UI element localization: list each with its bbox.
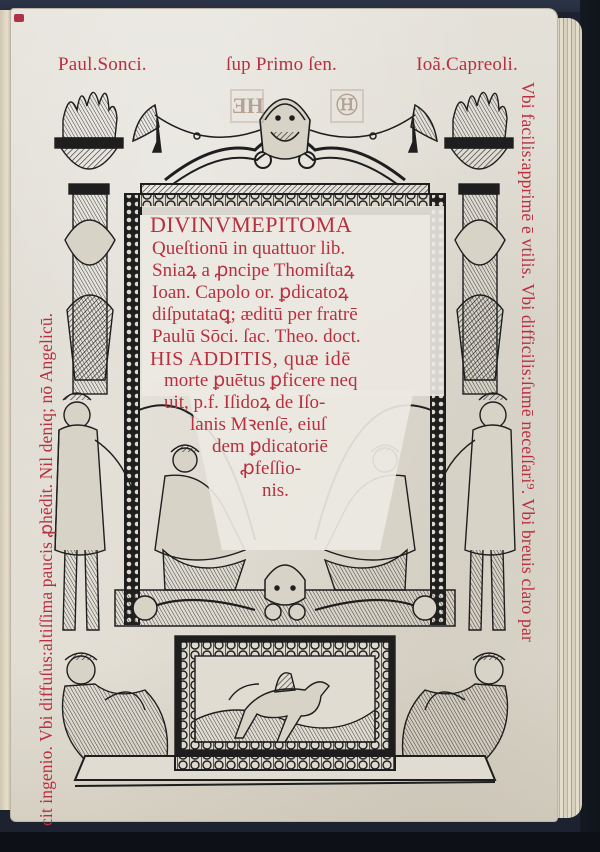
flaming-urn-right [445, 92, 513, 194]
title-heading: DIVINVMEPITOMA [150, 212, 438, 238]
photo-background-bottom [0, 832, 600, 852]
photo-background-right [580, 0, 600, 852]
side-text-right: Vbi facilis:apprimē ē vtilis. Vbi diffic… [517, 82, 538, 842]
title-line: morte ꝑuētus ꝑficere neq [150, 370, 438, 392]
bookmark-tab [14, 14, 24, 22]
side-text-left: cit ingenio. Vbi diffuſus:altiſſima pauc… [36, 66, 57, 826]
show-through-mark-left: ƎH [230, 89, 264, 123]
title-line: Queſtionū in quattuor lib. [150, 238, 438, 260]
bearded-mask [260, 99, 310, 159]
title-line: Sniaꝝ a ꝓncipe Thomiſtaꝝ [150, 260, 438, 282]
title-line-his-additis: HIS ADDITIS, quæ idē [150, 348, 438, 370]
running-head-center: ſup Primo ſen. [226, 54, 337, 76]
title-line: nis. [150, 480, 438, 502]
title-line: lanis Mꝛenſē, eiuſ [150, 414, 438, 436]
sphinx-left [63, 653, 168, 770]
column-left [65, 194, 115, 394]
title-line: Ioan. Capolo or. ꝑdicatoꝝ [150, 282, 438, 304]
title-line: dem ꝑdicatoriē [150, 436, 438, 458]
title-line: uit, p.f. Iſidoꝝ de Iſo- [150, 392, 438, 414]
title-line: Paulū Sōci. ſac. Theo. doct. [150, 326, 438, 348]
horseman-vignette [175, 636, 395, 756]
base-plinth [75, 756, 495, 786]
running-head-left: Paul.Sonci. [58, 54, 147, 76]
running-head: Paul.Sonci. ſup Primo ſen. Ioã.Capreoli. [58, 54, 518, 76]
show-through-mark-right: Ⓗ [330, 89, 364, 123]
sphinx-right [403, 653, 508, 770]
column-right [455, 194, 505, 394]
flaming-urn-left [55, 92, 123, 194]
title-line: ꝓfeſſio- [150, 458, 438, 480]
title-line: diſputataꝗ; æditū per fratrē [150, 304, 438, 326]
running-head-right: Ioã.Capreoli. [416, 54, 518, 76]
title-block: DIVINVMEPITOMA Queſtionū in quattuor lib… [150, 212, 438, 502]
